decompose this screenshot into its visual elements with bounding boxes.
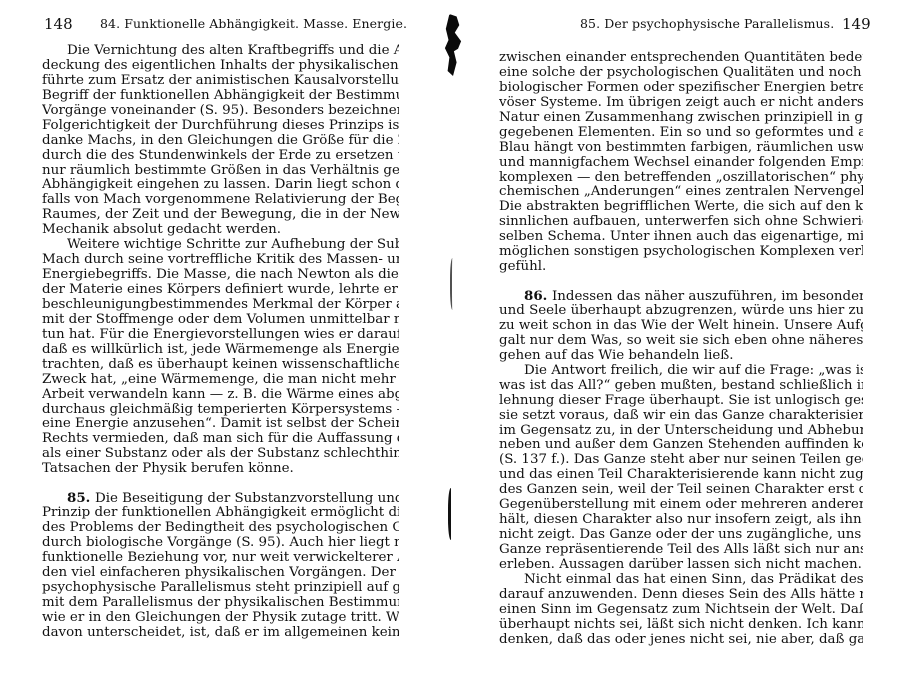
section-number: 85.: [67, 491, 95, 506]
text-line-content: Rechts vermieden, daß man sich für die A…: [42, 432, 399, 446]
text-line: mit dem Parallelismus der physikalischen…: [42, 596, 399, 611]
text-line-content: eine Energie anzusehen“. Damit ist selbs…: [42, 417, 399, 431]
text-line-content: des Problems der Bedingtheit des psychol…: [42, 521, 399, 535]
text-line-content: Prinzip der funktionellen Abhängigkeit e…: [42, 506, 399, 520]
text-line-content: Begriff der funktionellen Abhängigkeit d…: [42, 89, 399, 103]
text-line: und Seele überhaupt abzugrenzen, würde u…: [499, 304, 863, 319]
text-line: trachten, daß es überhaupt keinen wissen…: [42, 358, 399, 373]
text-line-content: Gegenüberstellung mit einem oder mehrere…: [499, 498, 863, 512]
text-line-content: Abhängigkeit eingehen zu lassen. Darin l…: [42, 178, 399, 192]
text-line-content: durch biologische Vorgänge (S. 95). Auch…: [42, 536, 399, 550]
text-line: des Problems der Bedingtheit des psychol…: [42, 521, 399, 536]
text-line-content: im Gegensatz zu, in der Unterscheidung u…: [499, 424, 863, 438]
text-line-content: den viel einfacheren physikalischen Vorg…: [42, 566, 399, 580]
text-line-content: Die Antwort freilich, die wir auf die Fr…: [524, 364, 863, 378]
text-line: eine Energie anzusehen“. Damit ist selbs…: [42, 417, 399, 432]
text-line-content: Mach durch seine vortreffliche Kritik de…: [42, 253, 399, 267]
text-line-content: mit dem Parallelismus der physikalischen…: [42, 596, 399, 610]
text-line: psychophysische Parallelismus steht prin…: [42, 581, 399, 596]
text-line-content: Weitere wichtige Schritte zur Aufhebung …: [67, 238, 399, 252]
text-line: mit der Stoffmenge oder dem Volumen unmi…: [42, 313, 399, 328]
text-line: zu weit schon in das Wie der Welt hinein…: [499, 319, 863, 334]
text-line-content: Raumes, der Zeit und der Bewegung, die i…: [42, 208, 399, 222]
paragraph-gap: [42, 477, 399, 491]
text-line-content: der Materie eines Körpers definiert wurd…: [42, 283, 399, 297]
text-line: gegebenen Elementen. Ein so und so gefor…: [499, 126, 863, 141]
book-spread: 148 84. Funktionelle Abhängigkeit. Masse…: [0, 0, 900, 674]
page-number: 148: [44, 15, 73, 33]
text-line-content: durch die des Stundenwinkels der Erde zu…: [42, 149, 399, 163]
text-line: lehnung dieser Frage überhaupt. Sie ist …: [499, 394, 863, 409]
text-line: Mach durch seine vortreffliche Kritik de…: [42, 253, 399, 268]
text-line: überhaupt nichts sei, läßt sich nicht de…: [499, 618, 863, 633]
text-line: vöser Systeme. Im übrigen zeigt auch er …: [499, 96, 863, 111]
text-line: 86. Indessen das näher auszuführen, im b…: [499, 289, 863, 304]
text-line-content: biologischer Formen oder spezifischer En…: [499, 81, 863, 95]
text-line-content: zwischen einander entsprechenden Quantit…: [499, 51, 863, 65]
text-line: sie setzt voraus, daß wir ein das Ganze …: [499, 409, 863, 424]
text-line: nicht zeigt. Das Ganze oder der uns zugä…: [499, 528, 863, 543]
text-line-content: eine solche der psychologischen Qualität…: [499, 66, 863, 80]
text-line-content: Energiebegriffs. Die Masse, die nach New…: [42, 268, 399, 282]
text-line: daß es willkürlich ist, jede Wärmemenge …: [42, 343, 399, 358]
text-line-content: Indessen das näher auszuführen, im beson…: [552, 289, 863, 304]
text-line: Gegenüberstellung mit einem oder mehrere…: [499, 498, 863, 513]
text-line: möglichen sonstigen psychologischen Komp…: [499, 245, 863, 260]
text-line-content: und Seele überhaupt abzugrenzen, würde u…: [499, 304, 863, 318]
text-line-content: komplexen — den betreffenden „oszillator…: [499, 171, 863, 185]
text-line: erleben. Aussagen darüber lassen sich ni…: [499, 558, 863, 573]
text-line-content: funktionelle Beziehung vor, nur weit ver…: [42, 551, 399, 565]
text-line-content: Zweck hat, „eine Wärmemenge, die man nic…: [42, 373, 399, 387]
text-line-content: neben und außer dem Ganzen Stehenden auf…: [499, 438, 863, 452]
text-line: selben Schema. Unter ihnen auch das eige…: [499, 230, 863, 245]
text-line-content: was ist das All?“ geben mußten, bestand …: [499, 379, 863, 393]
text-line-content: und das einen Teil Charakterisierende ka…: [499, 468, 863, 482]
text-line: Rechts vermieden, daß man sich für die A…: [42, 432, 399, 447]
text-line: Folgerichtigkeit der Durchführung dieses…: [42, 119, 399, 134]
text-line: der Materie eines Körpers definiert wurd…: [42, 283, 399, 298]
text-line: sinnlichen aufbauen, unterwerfen sich oh…: [499, 215, 863, 230]
text-line-content: (S. 137 f.). Das Ganze steht aber nur se…: [499, 453, 863, 467]
text-line: Tatsachen der Physik berufen könne.: [42, 462, 399, 477]
text-line: 85. Die Beseitigung der Substanzvorstell…: [42, 491, 399, 506]
text-line-content: Tatsachen der Physik berufen könne.: [42, 462, 294, 476]
text-line: galt nur dem Was, so weit sie sich eben …: [499, 334, 863, 349]
text-line-content: hält, diesen Charakter also nur insofern…: [499, 513, 863, 527]
text-line: des Ganzen sein, weil der Teil seinen Ch…: [499, 483, 863, 498]
text-line: Die abstrakten begrifflichen Werte, die …: [499, 200, 863, 215]
text-line-content: mit der Stoffmenge oder dem Volumen unmi…: [42, 313, 399, 327]
page-number: 149: [842, 15, 871, 33]
text-line-content: galt nur dem Was, so weit sie sich eben …: [499, 334, 863, 348]
text-line: Arbeit verwandeln kann — z. B. die Wärme…: [42, 388, 399, 403]
text-line-content: einen Sinn im Gegensatz zum Nichtsein de…: [499, 603, 863, 617]
text-line-content: daß es willkürlich ist, jede Wärmemenge …: [42, 343, 399, 357]
text-line-content: denken, daß das oder jenes nicht sei, ni…: [499, 633, 863, 647]
text-line-content: zu weit schon in das Wie der Welt hinein…: [499, 319, 863, 333]
text-line: Begriff der funktionellen Abhängigkeit d…: [42, 89, 399, 104]
paragraph-gap: [499, 275, 863, 289]
text-line: denken, daß das oder jenes nicht sei, ni…: [499, 633, 863, 648]
text-line: Prinzip der funktionellen Abhängigkeit e…: [42, 506, 399, 521]
text-line-content: als einer Substanz oder als der Substanz…: [42, 447, 399, 461]
text-line: und das einen Teil Charakterisierende ka…: [499, 468, 863, 483]
text-line-content: Nicht einmal das hat einen Sinn, das Prä…: [524, 573, 863, 587]
text-line: eine solche der psychologischen Qualität…: [499, 66, 863, 81]
section-number: 86.: [524, 289, 552, 304]
text-line: Die Antwort freilich, die wir auf die Fr…: [499, 364, 863, 379]
text-line-content: beschleunigungbestimmendes Merkmal der K…: [42, 298, 399, 312]
text-line-content: danke Machs, in den Gleichungen die Größ…: [42, 134, 399, 148]
text-line: Die Vernichtung des alten Kraftbegriffs …: [42, 44, 399, 59]
left-page: 148 84. Funktionelle Abhängigkeit. Masse…: [0, 0, 450, 674]
body-text: Die Vernichtung des alten Kraftbegriffs …: [42, 44, 399, 641]
text-line: durch biologische Vorgänge (S. 95). Auch…: [42, 536, 399, 551]
text-line-content: durchaus gleichmäßig temperierten Körper…: [42, 403, 399, 417]
text-line-content: möglichen sonstigen psychologischen Komp…: [499, 245, 863, 259]
text-line-content: gefühl.: [499, 260, 546, 274]
right-page: 85. Der psychophysische Parallelismus. 1…: [450, 0, 900, 674]
text-line-content: gehen auf das Wie behandeln ließ.: [499, 349, 734, 363]
text-line: deckung des eigentlichen Inhalts der phy…: [42, 59, 399, 74]
gutter-scan-mark: [450, 258, 456, 310]
text-line-content: psychophysische Parallelismus steht prin…: [42, 581, 399, 595]
text-line: chemischen „Änderungen“ eines zentralen …: [499, 185, 863, 200]
text-line-content: chemischen „Änderungen“ eines zentralen …: [499, 185, 863, 199]
text-line: Energiebegriffs. Die Masse, die nach New…: [42, 268, 399, 283]
text-line: was ist das All?“ geben mußten, bestand …: [499, 379, 863, 394]
text-line-content: nicht zeigt. Das Ganze oder der uns zugä…: [499, 528, 863, 542]
text-line: Raumes, der Zeit und der Bewegung, die i…: [42, 208, 399, 223]
text-line-content: erleben. Aussagen darüber lassen sich ni…: [499, 558, 862, 572]
text-line: davon unterscheidet, ist, daß er im allg…: [42, 626, 399, 641]
text-line-content: selben Schema. Unter ihnen auch das eige…: [499, 230, 863, 244]
text-line-content: und mannigfachem Wechsel einander folgen…: [499, 156, 863, 170]
text-line-content: trachten, daß es überhaupt keinen wissen…: [42, 358, 399, 372]
text-line-content: lehnung dieser Frage überhaupt. Sie ist …: [499, 394, 863, 408]
body-text: zwischen einander entsprechenden Quantit…: [499, 51, 863, 648]
text-line: (S. 137 f.). Das Ganze steht aber nur se…: [499, 453, 863, 468]
text-line: biologischer Formen oder spezifischer En…: [499, 81, 863, 96]
text-line: zwischen einander entsprechenden Quantit…: [499, 51, 863, 66]
text-line-content: tun hat. Für die Energievorstellungen wi…: [42, 328, 399, 342]
text-line: Nicht einmal das hat einen Sinn, das Prä…: [499, 573, 863, 588]
text-line: den viel einfacheren physikalischen Vorg…: [42, 566, 399, 581]
text-line: im Gegensatz zu, in der Unterscheidung u…: [499, 424, 863, 439]
text-line-content: Natur einen Zusammenhang zwischen prinzi…: [499, 111, 863, 125]
text-line-content: vöser Systeme. Im übrigen zeigt auch er …: [499, 96, 863, 110]
running-head: 85. Der psychophysische Parallelismus.: [580, 16, 834, 31]
text-line-content: davon unterscheidet, ist, daß er im allg…: [42, 626, 399, 640]
text-line: falls von Mach vorgenommene Relativierun…: [42, 193, 399, 208]
text-line: hält, diesen Charakter also nur insofern…: [499, 513, 863, 528]
text-line-content: sinnlichen aufbauen, unterwerfen sich oh…: [499, 215, 863, 229]
text-line: Natur einen Zusammenhang zwischen prinzi…: [499, 111, 863, 126]
text-line: gehen auf das Wie behandeln ließ.: [499, 349, 863, 364]
text-line-content: Blau hängt von bestimmten farbigen, räum…: [499, 141, 863, 155]
text-line-content: falls von Mach vorgenommene Relativierun…: [42, 193, 399, 207]
gutter-scan-mark: [448, 488, 455, 540]
text-line-content: Die abstrakten begrifflichen Werte, die …: [499, 200, 863, 214]
text-line-content: Die Beseitigung der Substanzvorstellung …: [95, 491, 399, 506]
text-line: danke Machs, in den Gleichungen die Größ…: [42, 134, 399, 149]
text-line-content: Vorgänge voneinander (S. 95). Besonders …: [42, 104, 399, 118]
text-line-content: deckung des eigentlichen Inhalts der phy…: [42, 59, 399, 73]
text-line-content: darauf anzuwenden. Denn dieses Sein des …: [499, 588, 863, 602]
text-line: durchaus gleichmäßig temperierten Körper…: [42, 403, 399, 418]
text-line: einen Sinn im Gegensatz zum Nichtsein de…: [499, 603, 863, 618]
text-line-content: führte zum Ersatz der animistischen Kaus…: [42, 74, 399, 88]
text-line: und mannigfachem Wechsel einander folgen…: [499, 156, 863, 171]
text-line: Abhängigkeit eingehen zu lassen. Darin l…: [42, 178, 399, 193]
text-line-content: Arbeit verwandeln kann — z. B. die Wärme…: [42, 388, 399, 402]
text-line-content: nur räumlich bestimmte Größen in das Ver…: [42, 164, 399, 178]
text-line-content: Die Vernichtung des alten Kraftbegriffs …: [67, 44, 399, 58]
text-line: durch die des Stundenwinkels der Erde zu…: [42, 149, 399, 164]
text-line: Vorgänge voneinander (S. 95). Besonders …: [42, 104, 399, 119]
text-line: Mechanik absolut gedacht werden.: [42, 223, 399, 238]
text-line-content: Folgerichtigkeit der Durchführung dieses…: [42, 119, 399, 133]
text-line-content: wie er in den Gleichungen der Physik zut…: [42, 611, 399, 625]
text-line: Zweck hat, „eine Wärmemenge, die man nic…: [42, 373, 399, 388]
text-line: führte zum Ersatz der animistischen Kaus…: [42, 74, 399, 89]
text-line-content: sie setzt voraus, daß wir ein das Ganze …: [499, 409, 863, 423]
text-line: tun hat. Für die Energievorstellungen wi…: [42, 328, 399, 343]
text-line: als einer Substanz oder als der Substanz…: [42, 447, 399, 462]
text-line: funktionelle Beziehung vor, nur weit ver…: [42, 551, 399, 566]
text-line: wie er in den Gleichungen der Physik zut…: [42, 611, 399, 626]
text-line: neben und außer dem Ganzen Stehenden auf…: [499, 438, 863, 453]
text-line-content: Mechanik absolut gedacht werden.: [42, 223, 281, 237]
text-line-content: überhaupt nichts sei, läßt sich nicht de…: [499, 618, 863, 632]
text-line: gefühl.: [499, 260, 863, 275]
text-line-content: Ganze repräsentierende Teil des Alls läß…: [499, 543, 863, 557]
text-line: darauf anzuwenden. Denn dieses Sein des …: [499, 588, 863, 603]
text-line-content: gegebenen Elementen. Ein so und so gefor…: [499, 126, 863, 140]
text-line: Blau hängt von bestimmten farbigen, räum…: [499, 141, 863, 156]
text-line: nur räumlich bestimmte Größen in das Ver…: [42, 164, 399, 179]
running-head: 84. Funktionelle Abhängigkeit. Masse. En…: [100, 16, 407, 31]
text-line-content: des Ganzen sein, weil der Teil seinen Ch…: [499, 483, 863, 497]
text-line: komplexen — den betreffenden „oszillator…: [499, 171, 863, 186]
text-line: beschleunigungbestimmendes Merkmal der K…: [42, 298, 399, 313]
text-line: Ganze repräsentierende Teil des Alls läß…: [499, 543, 863, 558]
text-line: Weitere wichtige Schritte zur Aufhebung …: [42, 238, 399, 253]
